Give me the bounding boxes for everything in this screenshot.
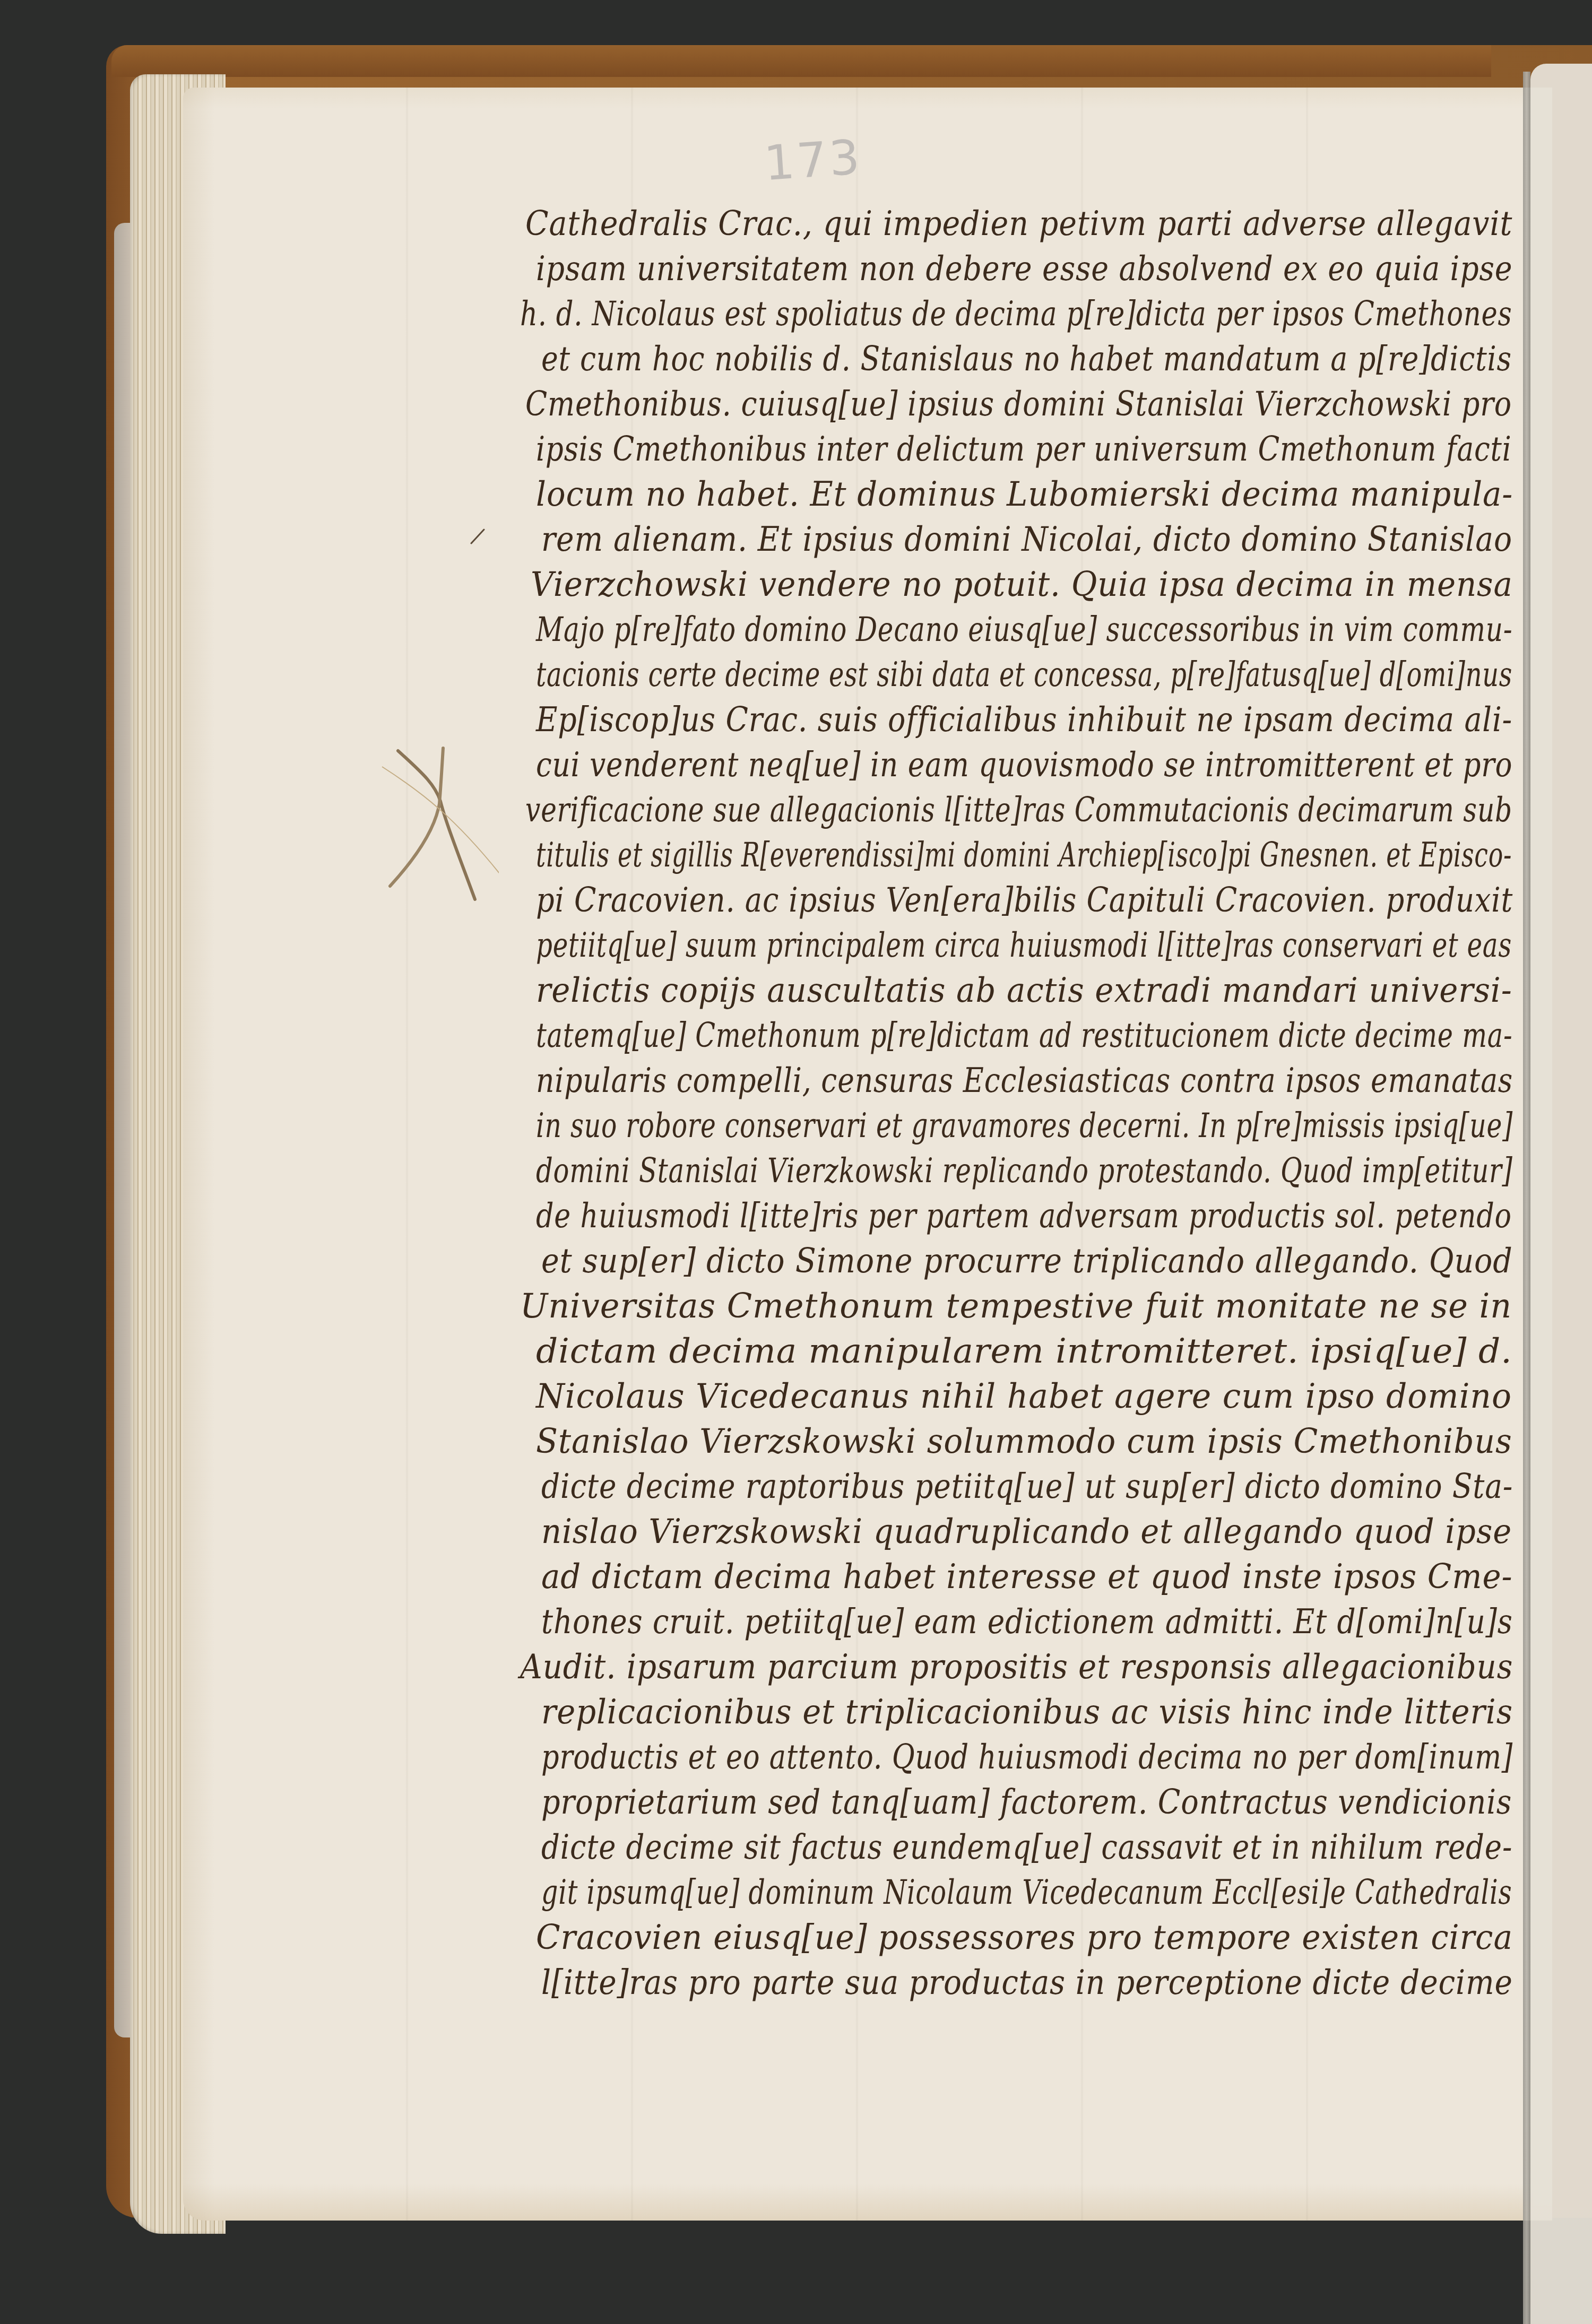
text-line: Nicolaus Vicedecanus nihil habet agere c…: [536, 1377, 1512, 1416]
text-line: Ep[iscop]us Crac. suis officialibus inhi…: [536, 700, 1512, 740]
text-line: nislao Vierzskowski quadruplicando et al…: [541, 1512, 1512, 1551]
text-line: pi Cracovien. ac ipsius Ven[era]bilis Ca…: [536, 881, 1513, 920]
text-line: nipularis compelli, censuras Ecclesiasti…: [536, 1061, 1513, 1100]
text-line: dictam decima manipularem intromitteret.…: [536, 1332, 1512, 1371]
text-line: locum no habet. Et dominus Lubomierski d…: [536, 475, 1513, 514]
text-line: h. d. Nicolaus est spoliatus de decima p…: [520, 294, 1512, 334]
text-line: verificacione sue allegacionis l[itte]ra…: [525, 791, 1512, 830]
text-line: Cracovien eiusq[ue] possessores pro temp…: [536, 1918, 1513, 1957]
binding-top-edge: [111, 45, 1491, 77]
text-line: ipsis Cmethonibus inter delictum per uni…: [536, 430, 1512, 469]
text-line: Cmethonibus. cuiusq[ue] ipsius domini St…: [525, 385, 1512, 424]
text-line: de huiusmodi l[itte]ris per partem adver…: [536, 1196, 1512, 1236]
text-line: titulis et sigillis R[everendissi]mi dom…: [536, 836, 1512, 875]
text-line: Vierzchowski vendere no potuit. Quia ips…: [531, 565, 1513, 604]
text-line: in suo robore conservari et gravamores d…: [536, 1106, 1513, 1146]
text-line: ad dictam decima habet interesse et quod…: [541, 1557, 1512, 1597]
text-line: replicacionibus et triplicacionibus ac v…: [541, 1693, 1513, 1732]
text-line: Stanislao Vierzskowski solummodo cum ips…: [536, 1422, 1512, 1461]
text-line: l[itte]ras pro parte sua productas in pe…: [541, 1963, 1513, 2002]
text-line: cui venderent neq[ue] in eam quovismodo …: [536, 745, 1512, 785]
text-line: productis et eo attento. Quod huiusmodi …: [541, 1738, 1513, 1777]
text-line: et cum hoc nobilis d. Stanislaus no habe…: [541, 340, 1512, 379]
folio-number: 173: [763, 129, 864, 192]
text-line: dicte decime sit factus eundemq[ue] cass…: [541, 1828, 1512, 1867]
text-line: relictis copijs auscultatis ab actis ext…: [536, 971, 1512, 1010]
text-line: tacionis certe decime est sibi data et c…: [536, 655, 1512, 695]
text-line: tatemq[ue] Cmethonum p[re]dictam ad rest…: [536, 1016, 1512, 1055]
text-line: thones cruit. petiitq[ue] eam edictionem…: [541, 1602, 1513, 1642]
text-line: rem alienam. Et ipsius domini Nicolai, d…: [541, 520, 1512, 559]
text-line: Cathedralis Crac., qui impedien petivm p…: [525, 204, 1512, 244]
text-line: ipsam universitatem non debere esse abso…: [536, 249, 1513, 289]
cross-mark-icon: [366, 743, 499, 913]
text-line: proprietarium sed tanq[uam] factorem. Co…: [541, 1783, 1512, 1822]
text-line: petiitq[ue] suum principalem circa huius…: [536, 926, 1512, 965]
text-line: dicte decime raptoribus petiitq[ue] ut s…: [541, 1467, 1513, 1506]
margin-tick-icon: [467, 525, 488, 547]
text-line: Audit. ipsarum parcium propositis et res…: [520, 1647, 1513, 1687]
text-line: git ipsumq[ue] dominum Nicolaum Vicedeca…: [541, 1873, 1512, 1912]
facing-page-strip: [1530, 64, 1592, 2324]
text-line: Majo p[re]fato domino Decano eiusq[ue] s…: [536, 610, 1512, 649]
glass-plate-edge: [1523, 72, 1530, 2324]
text-line: et sup[er] dicto Simone procurre triplic…: [541, 1242, 1513, 1281]
text-line: Universitas Cmethonum tempestive fuit mo…: [520, 1287, 1512, 1326]
text-line: domini Stanislai Vierzkowski replicando …: [536, 1151, 1513, 1191]
